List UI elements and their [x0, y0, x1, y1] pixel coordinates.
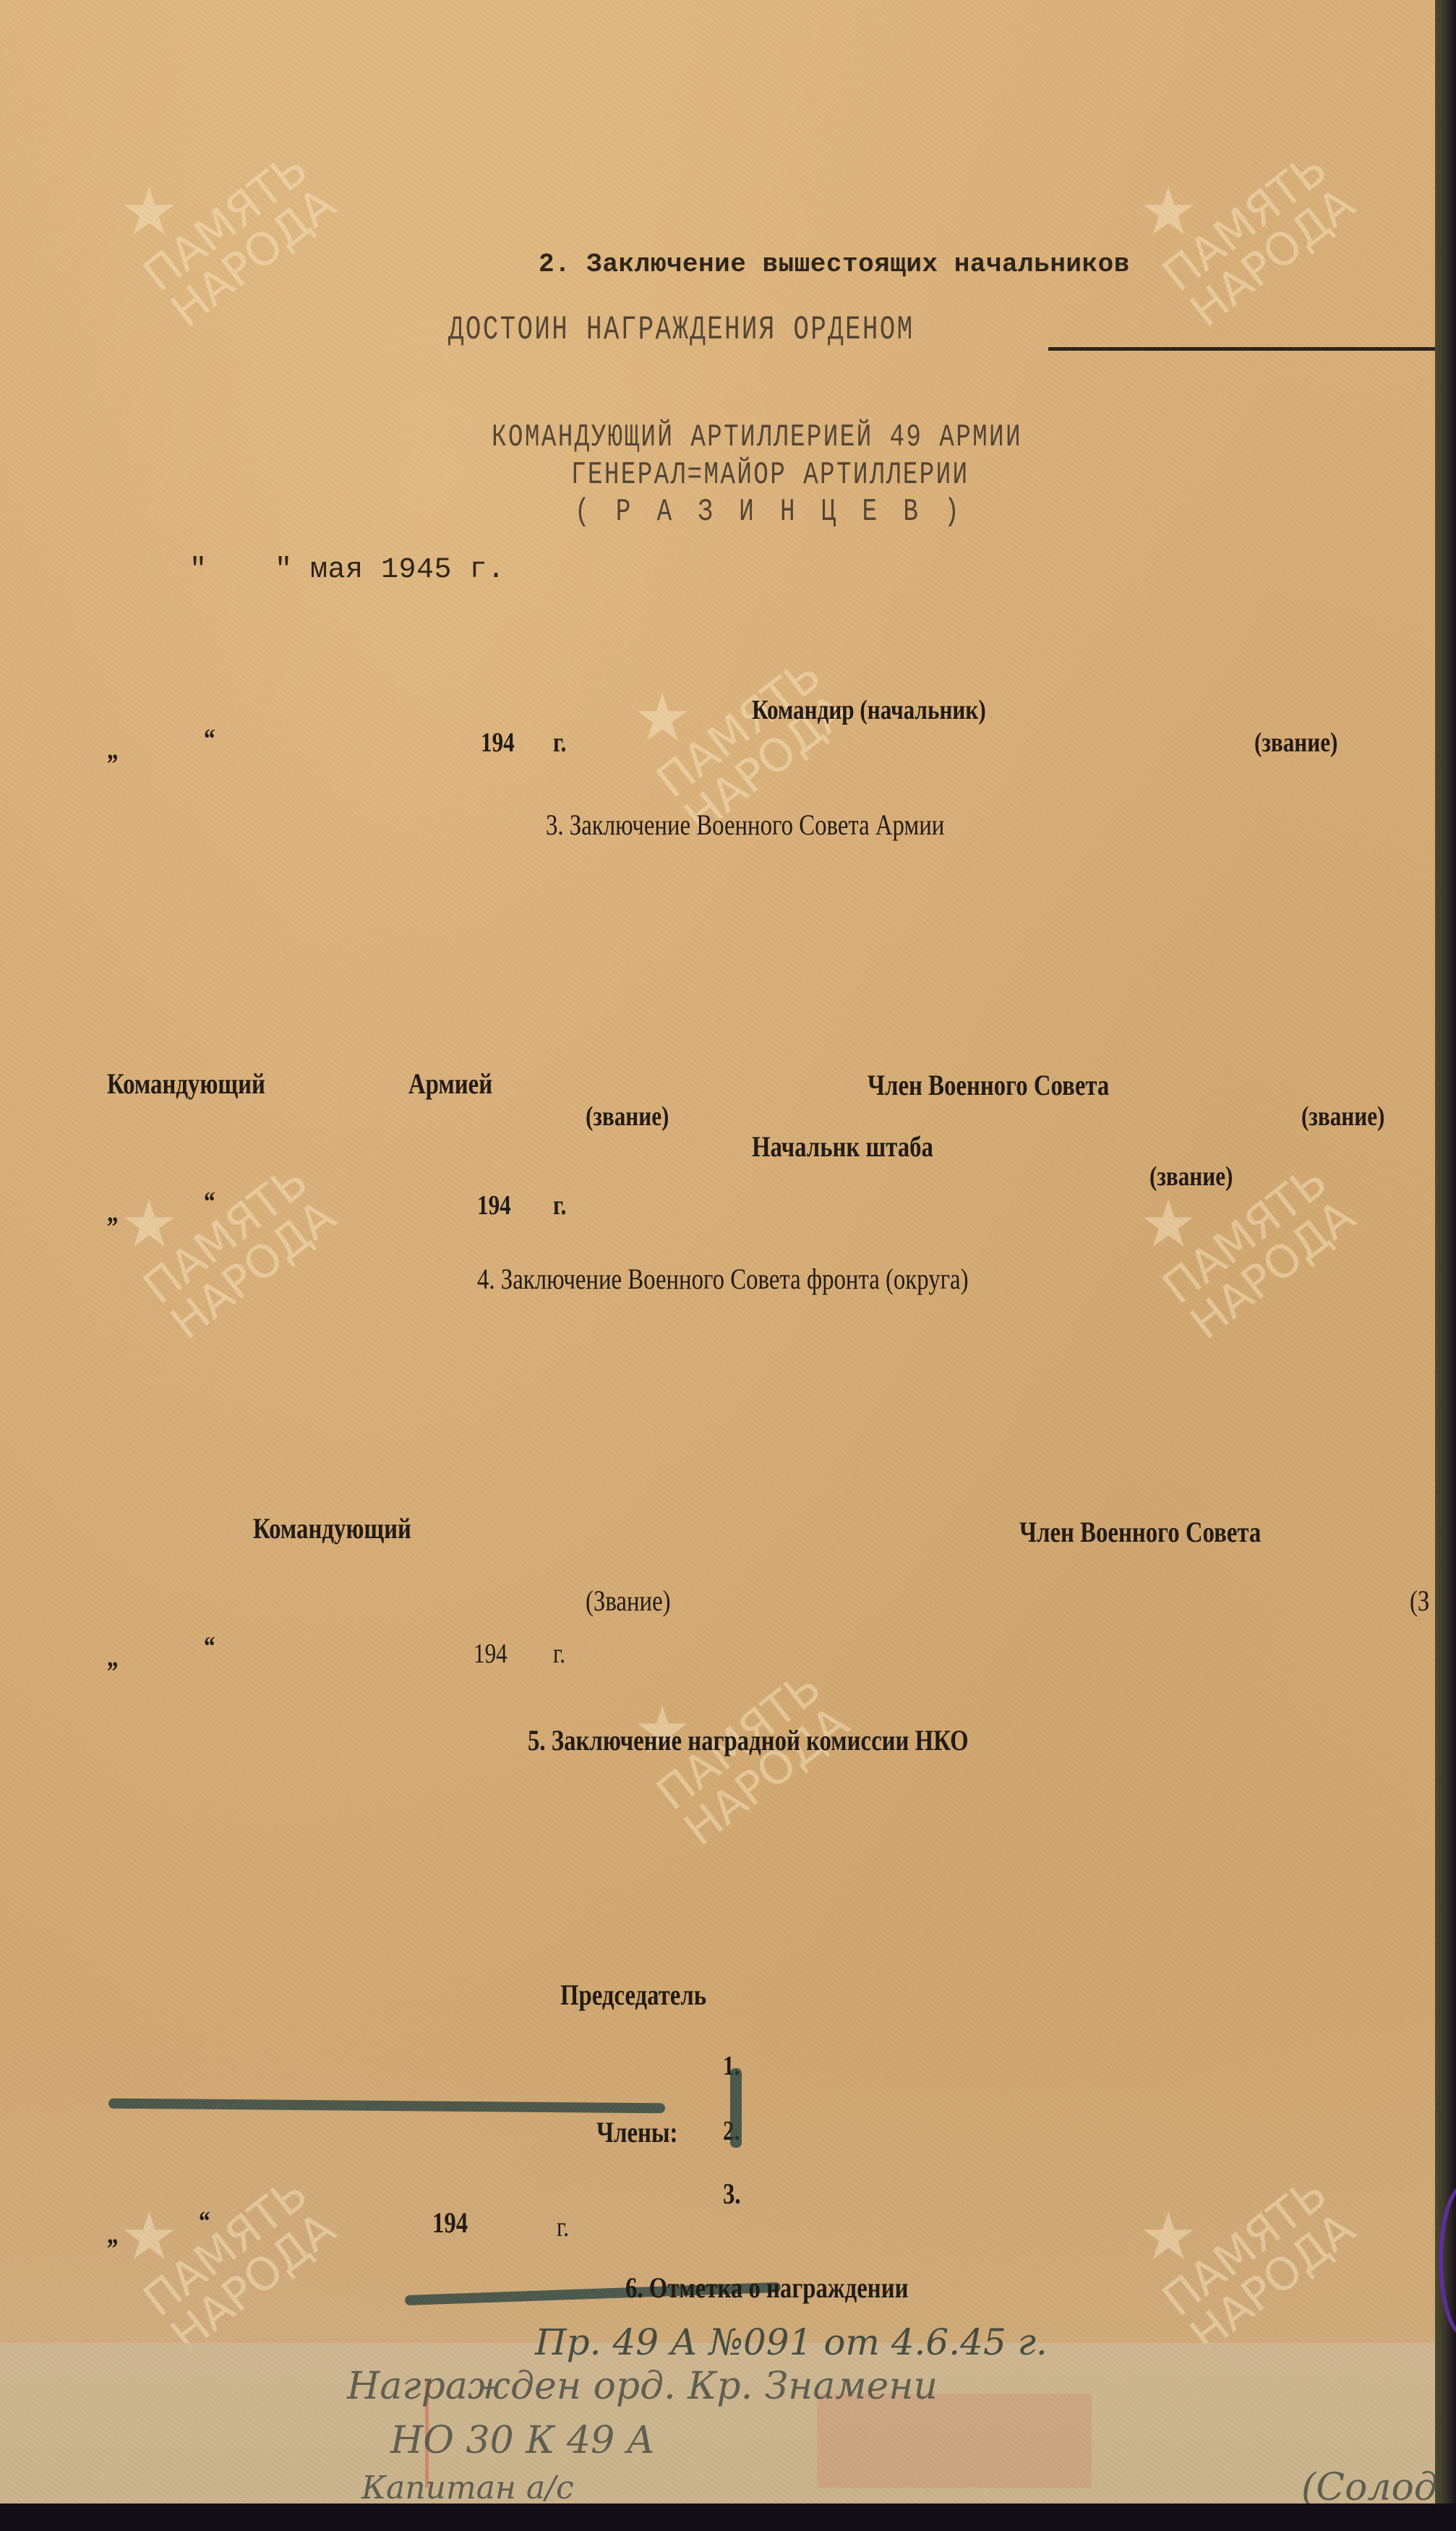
rank-label-front-commander: (Звание) — [586, 1584, 671, 1618]
section4-heading: 4. Заключение Военного Совета фронта (ок… — [477, 1262, 969, 1296]
date-year: 194 — [432, 2206, 468, 2240]
date-quote-open: " — [189, 554, 207, 586]
date-year: 194 — [474, 1638, 508, 1670]
section6-heading: 6. Отметка о награждении — [625, 2271, 909, 2305]
section2-heading: 2. Заключение вышестоящих начальников — [539, 249, 1130, 279]
date-open-quote: “ — [199, 2206, 210, 2237]
date-year-suffix: г. — [553, 727, 566, 759]
rank-label-chief-of-staff: (звание) — [1149, 1161, 1233, 1192]
date-low-quote: „ — [107, 734, 119, 766]
section3-heading: 3. Заключение Военного Совета Армии — [546, 808, 944, 842]
signature-scribble — [108, 2099, 665, 2114]
star-icon: ★ — [998, 179, 1338, 244]
rank-label-commander: (звание) — [586, 1101, 669, 1132]
scan-right-edge — [1435, 0, 1456, 2531]
date-year-suffix: г. — [557, 2211, 569, 2243]
watermark: ★ ПАМЯТЬ НАРОДА — [1100, 1094, 1416, 1407]
commander-label: Командир (начальник) — [752, 694, 986, 726]
star-icon: ★ — [0, 2204, 319, 2269]
members-label: Члены: — [596, 2115, 677, 2149]
signature-line — [1048, 347, 1435, 351]
star-icon: ★ — [998, 1192, 1338, 1257]
member-number-3: 3. — [723, 2177, 741, 2211]
date-year-suffix: г. — [553, 1190, 566, 1221]
army-label: Армией — [408, 1067, 492, 1101]
handwritten-name-partial: (Солод... — [1301, 2466, 1435, 2509]
rank-label-front-council-partial: (З — [1410, 1584, 1429, 1618]
front-commander-label: Командующий — [253, 1511, 411, 1545]
date-open-quote: “ — [204, 1631, 215, 1663]
watermark: ★ ПАМЯТЬ НАРОДА — [81, 82, 397, 395]
date-year-suffix: г. — [553, 1638, 565, 1670]
front-council-member-label: Член Военного Совета — [1019, 1515, 1261, 1549]
signatory-name: ( Р А З И Н Ц Е В ) — [575, 494, 965, 530]
document-page: ★ ПАМЯТЬ НАРОДА ★ ПАМЯТЬ НАРОДА ★ ПАМЯТЬ… — [0, 0, 1435, 2509]
signatory-title: КОМАНДУЮЩИЙ АРТИЛЛЕРИЕЙ 49 АРМИИ — [492, 419, 1022, 456]
date-low-quote: „ — [107, 1197, 119, 1229]
watermark: ★ ПАМЯТЬ НАРОДА — [81, 1094, 397, 1407]
signature-stroke — [730, 2068, 742, 2148]
date-open-quote: “ — [204, 1186, 215, 1218]
chairman-label: Председатель — [560, 1978, 706, 2012]
handwritten-award-line: Награжден орд. Кр. Знамени — [347, 2365, 938, 2408]
section2-date: " мая 1945 г. — [275, 554, 505, 586]
star-icon: ★ — [0, 179, 319, 244]
rank-label-council-member: (звание) — [1301, 1101, 1384, 1132]
council-member-label: Член Военного Совета — [868, 1068, 1109, 1102]
star-icon: ★ — [998, 2204, 1338, 2269]
award-stamp-line: ДОСТОИН НАГРАЖДЕНИЯ ОРДЕНОМ — [448, 311, 915, 349]
star-icon: ★ — [0, 1192, 319, 1257]
watermark: ★ ПАМЯТЬ НАРОДА — [594, 1600, 910, 1913]
date-low-quote: „ — [107, 1642, 119, 1673]
date-year: 194 — [477, 1190, 511, 1221]
handwritten-unit-line: НО 30 К 49 А — [390, 2419, 655, 2462]
chief-of-staff-label: Начальнк штаба — [752, 1130, 933, 1164]
date-open-quote: “ — [204, 723, 215, 755]
handwritten-rank-line: Капитан а/с — [361, 2470, 574, 2506]
section5-heading: 5. Заключение наградной комиссии НКО — [528, 1723, 969, 1757]
watermark: ★ ПАМЯТЬ НАРОДА — [594, 588, 910, 901]
date-year: 194 — [481, 727, 515, 759]
rank-label: (звание) — [1254, 727, 1337, 759]
signatory-rank: ГЕНЕРАЛ=МАЙОР АРТИЛЛЕРИИ — [571, 457, 969, 493]
date-low-quote: „ — [107, 2219, 119, 2250]
army-commander-label: Командующий — [107, 1067, 265, 1101]
scan-bottom-edge — [0, 2504, 1456, 2531]
handwritten-order-line: Пр. 49 А №091 от 4.6.45 г. — [535, 2321, 1048, 2363]
